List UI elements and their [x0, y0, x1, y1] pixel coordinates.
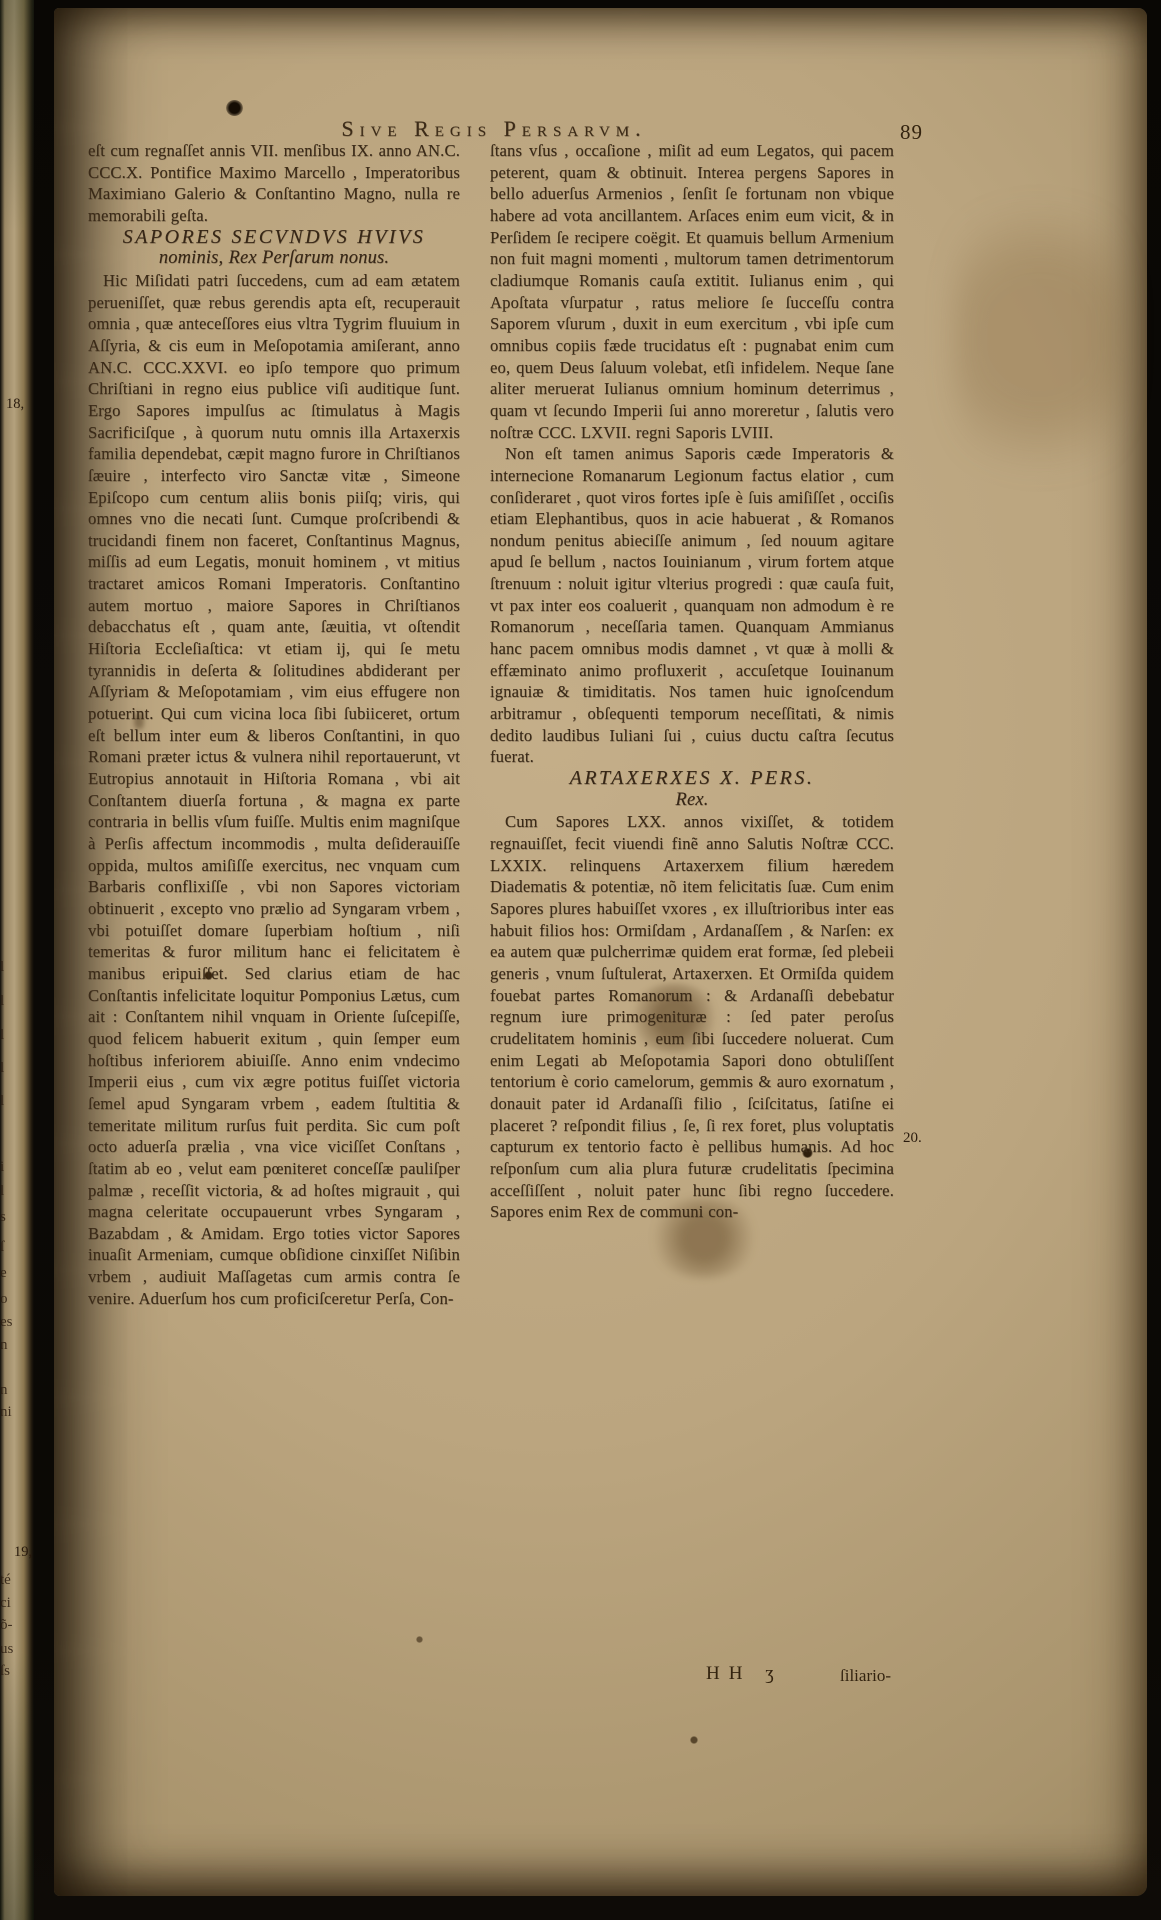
spine-fragment: n: [0, 1383, 8, 1398]
text-column-right: ſtans vſus , occaſione , miſit ad eum Le…: [490, 140, 894, 1700]
spine-fragment: l: [0, 1061, 4, 1076]
paper-speck: [690, 1736, 698, 1744]
section-heading-artaxerxes-line2: Rex.: [490, 790, 894, 812]
section-heading-sapores-line2: nominis, Rex Perſarum nonus.: [88, 248, 460, 270]
gathering-signature: HH ʒ: [706, 1663, 783, 1685]
paragraph-saporis-peace: Non eſt tamen animus Saporis cæde Impera…: [490, 443, 894, 768]
spine-fragment: ci: [0, 1596, 11, 1611]
spine-fragment: l: [0, 994, 4, 1009]
spine-fragment: l: [0, 1094, 4, 1109]
marginal-number-20: 20.: [903, 1130, 922, 1147]
catchword: ſiliario-: [840, 1666, 891, 1686]
spine-fragment: õ-: [0, 1618, 13, 1633]
paper-speck: [416, 1636, 423, 1643]
paragraph-continuation: ſtans vſus , occaſione , miſit ad eum Le…: [490, 140, 894, 443]
text-column-left: eſt cum regnaſſet annis VII. menſibus IX…: [88, 140, 460, 1630]
spine-fragment: es: [0, 1315, 13, 1330]
paragraph-sapores-body: Hic Miſidati patri ſuccedens, cum ad eam…: [88, 270, 460, 1310]
spine-fragment: l: [0, 1184, 4, 1199]
paragraph-continuation: eſt cum regnaſſet annis VII. menſibus IX…: [88, 140, 460, 227]
spine-fragment: ſs: [0, 1664, 10, 1679]
paragraph-artaxerxes-body: Cum Sapores LXX. annos vixiſſet, & totid…: [490, 811, 894, 1222]
running-header: Sive Regis Persarvm.: [174, 116, 814, 142]
book-page: Sive Regis Persarvm. 89 eſt cum regnaſſe…: [54, 8, 1147, 1896]
spine-fragment: ni: [0, 1405, 12, 1420]
spine-fragment: o: [0, 1292, 8, 1307]
paper-toning: [954, 178, 1124, 498]
spine-fragment: e: [0, 1266, 7, 1281]
section-heading-sapores-line1: SAPORES SECVNDVS HVIVS: [88, 227, 460, 249]
marginal-number-18: 18,: [6, 396, 24, 413]
marginal-number-19: 19,: [14, 1544, 32, 1561]
spine-fragment: l: [0, 960, 4, 975]
section-heading-artaxerxes-line1: ARTAXERXES X. PERS.: [490, 768, 894, 790]
ink-spot: [226, 100, 243, 116]
facing-page-edge: lllllilsſeoesnnnitéciõ-usſs: [0, 0, 34, 1920]
spine-fragment: ſ: [0, 1240, 4, 1255]
spine-fragment: i: [0, 1160, 4, 1175]
spine-fragment: n: [0, 1338, 8, 1353]
spine-fragment: té: [0, 1573, 11, 1588]
spine-fragment: l: [0, 1028, 4, 1043]
page-number: 89: [900, 120, 923, 145]
spine-fragment: s: [0, 1210, 6, 1225]
spine-fragment: us: [0, 1642, 13, 1657]
